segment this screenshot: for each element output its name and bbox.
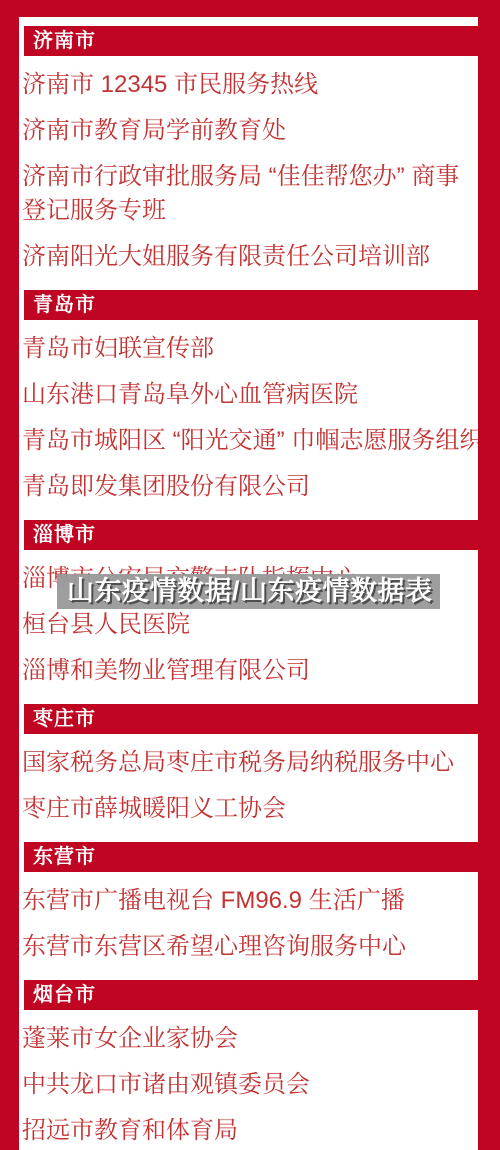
- org-row: 青岛即发集团股份有限公司: [22, 470, 478, 504]
- org-row: 济南市行政审批服务局 “佳佳帮您办” 商事登记服务专班: [22, 160, 478, 228]
- org-row: 东营市东营区希望心理咨询服务中心: [22, 930, 478, 964]
- city-header: 淄博市: [24, 520, 478, 550]
- org-row: 济南市教育局学前教育处: [22, 114, 478, 148]
- frame-right-border: [478, 0, 500, 1150]
- city-header: 东营市: [24, 842, 478, 872]
- org-row: 招远市教育和体育局: [22, 1114, 478, 1148]
- city-header: 烟台市: [24, 980, 478, 1010]
- frame-left-border: [0, 0, 19, 1150]
- org-row: 东营市广播电视台 FM96.9 生活广播: [22, 884, 478, 918]
- frame-top-border: [0, 0, 500, 17]
- org-row: 蓬莱市女企业家协会: [22, 1022, 478, 1056]
- city-header: 枣庄市: [24, 704, 478, 734]
- org-row: 青岛市妇联宣传部: [22, 332, 478, 366]
- org-row: 济南市 12345 市民服务热线: [22, 68, 478, 102]
- infographic-page: { "colors": { "frame_red": "#c00522", "r…: [0, 0, 500, 1150]
- org-row: 青岛市城阳区 “阳光交通” 巾帼志愿服务组织: [22, 424, 478, 458]
- org-row: 枣庄市薛城暖阳义工协会: [22, 792, 478, 826]
- org-row: 山东港口青岛阜外心血管病医院: [22, 378, 478, 412]
- org-row: 国家税务总局枣庄市税务局纳税服务中心: [22, 746, 478, 780]
- city-header: 济南市: [24, 26, 478, 56]
- title-watermark-overlay: 山东疫情数据/山东疫情数据表: [57, 574, 440, 609]
- city-header: 青岛市: [24, 290, 478, 320]
- org-row: 济南阳光大姐服务有限责任公司培训部: [22, 240, 478, 274]
- org-row: 桓台县人民医院: [22, 608, 478, 642]
- org-row: 淄博和美物业管理有限公司: [22, 654, 478, 688]
- org-row: 中共龙口市诸由观镇委员会: [22, 1068, 478, 1102]
